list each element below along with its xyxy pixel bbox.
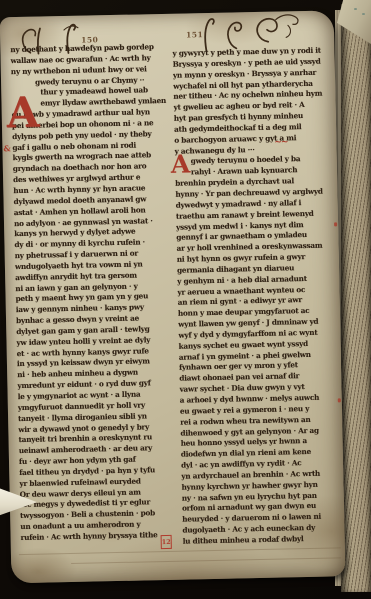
text-column-right: y gywyryt y peth y mae duw yn y rodi itB… bbox=[172, 45, 340, 548]
rubric-margin-mark bbox=[338, 398, 341, 402]
parchment-leaf: 150 151 ny doethant y hawdefyn pawb gord… bbox=[0, 10, 345, 583]
quire-mark: 12 bbox=[161, 535, 172, 549]
corner-speck bbox=[354, 8, 357, 10]
rubric-paraph-mark: & bbox=[3, 143, 10, 153]
manuscript-line: lu ditheu minheu a rodaf dwbyl bbox=[183, 533, 341, 547]
corner-speck bbox=[362, 13, 365, 15]
rubric-initial-right: A bbox=[171, 152, 191, 176]
manuscript-line: rufein · Ac wrth hynny bryssya tithe bbox=[20, 530, 180, 544]
rubric-margin-mark bbox=[334, 222, 337, 226]
folio-number-right: 151 bbox=[186, 30, 203, 39]
manuscript-photograph: 150 151 ny doethant y hawdefyn pawb gord… bbox=[0, 0, 371, 599]
ruling-line bbox=[71, 557, 341, 564]
adjacent-page-edge bbox=[341, 4, 371, 592]
rubric-line-filler: ~~ bbox=[274, 137, 287, 147]
rubric-initial-left: A bbox=[6, 93, 39, 134]
